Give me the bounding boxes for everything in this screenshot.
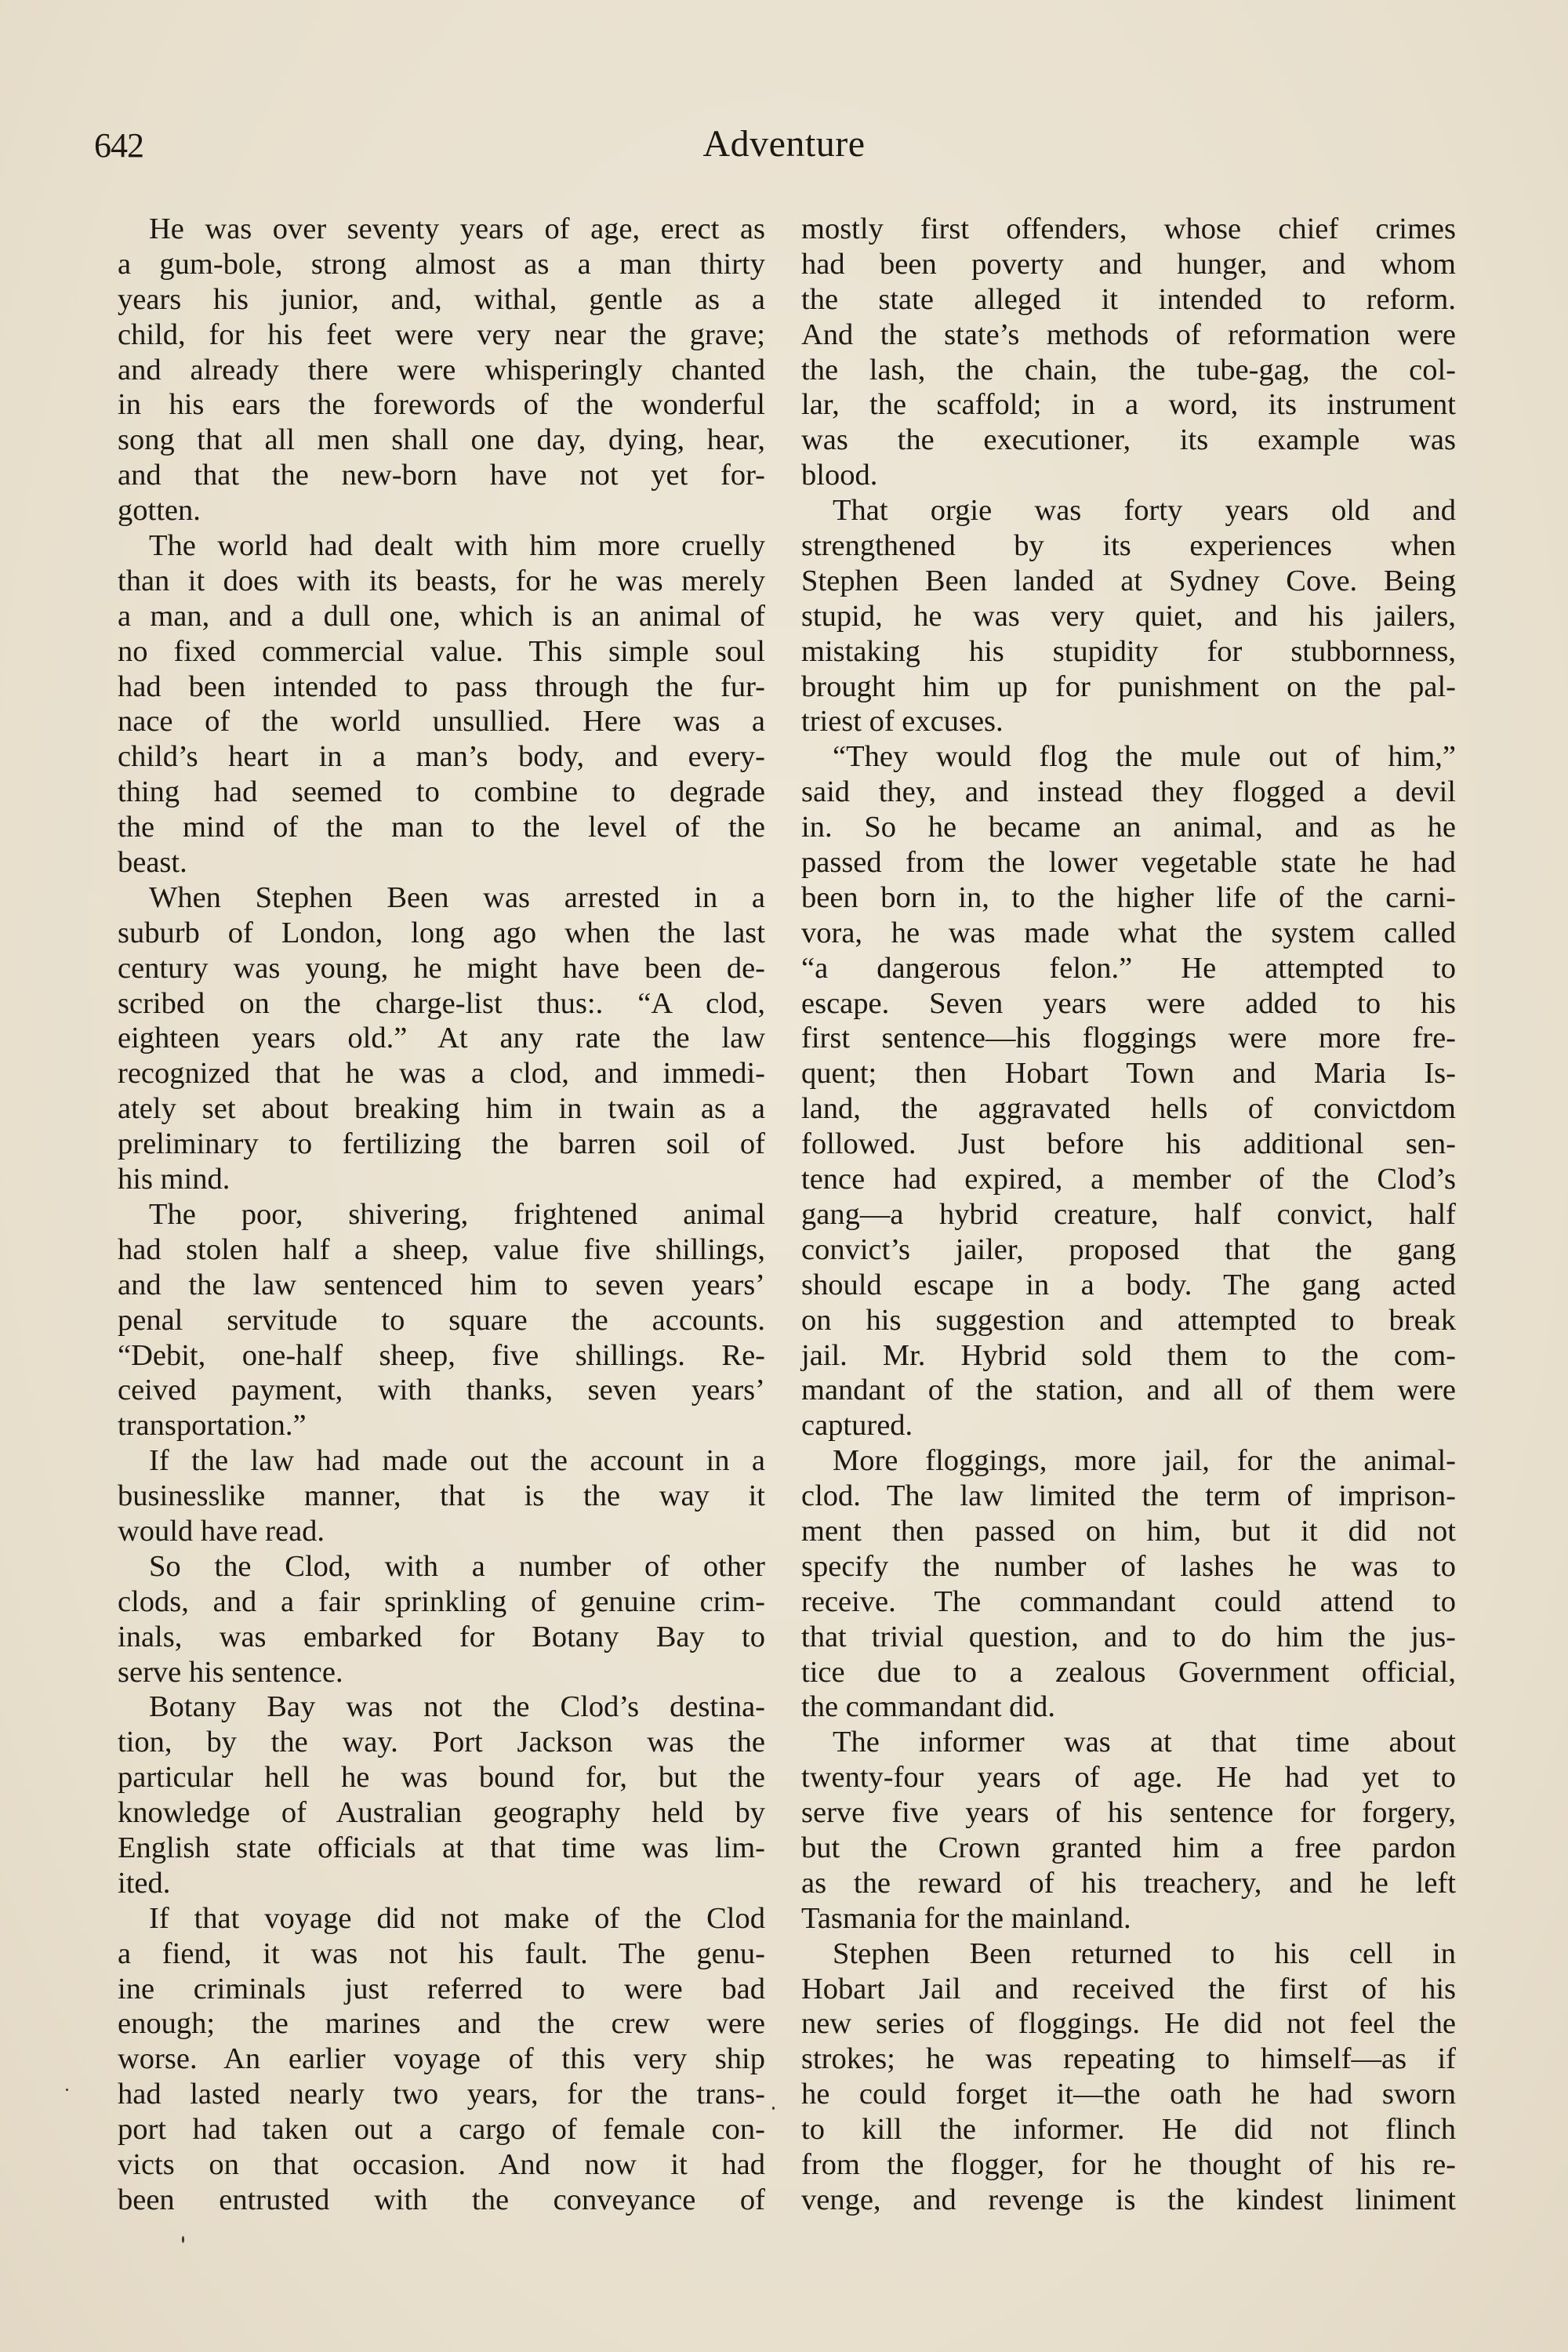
text-line: tion, by the way. Port Jackson was the <box>118 1725 765 1760</box>
text-line: eighteen years old.” At any rate the law <box>118 1021 765 1056</box>
text-line: gotten. <box>118 493 765 528</box>
text-line: ited. <box>118 1866 765 1901</box>
text-line: quent; then Hobart Town and Maria Is- <box>801 1056 1456 1091</box>
text-line: child’s heart in a man’s body, and every… <box>118 739 765 775</box>
text-line: mistaking his stupidity for stubbornness… <box>801 634 1456 670</box>
text-line: convict’s jailer, proposed that the gang <box>801 1232 1456 1268</box>
text-line: the state alleged it intended to reform. <box>801 282 1456 318</box>
text-line: followed. Just before his additional sen… <box>801 1127 1456 1162</box>
text-line: beast. <box>118 845 765 880</box>
text-line: had been intended to pass through the fu… <box>118 670 765 705</box>
text-line: had been poverty and hunger, and whom <box>801 247 1456 282</box>
text-line: the mind of the man to the level of the <box>118 810 765 845</box>
text-line: said they, and instead they flogged a de… <box>801 775 1456 810</box>
text-line: ine criminals just referred to were bad <box>118 1972 765 2007</box>
text-line: years his junior, and, withal, gentle as… <box>118 282 765 318</box>
text-line: “Debit, one-half sheep, five shillings. … <box>118 1338 765 1374</box>
text-line: That orgie was forty years old and <box>801 493 1456 528</box>
text-line: When Stephen Been was arrested in a <box>118 880 765 916</box>
text-line: clod. The law limited the term of impris… <box>801 1479 1456 1514</box>
running-title: Adventure <box>0 122 1568 165</box>
text-line: triest of excuses. <box>801 704 1456 739</box>
text-line: a gum-bole, strong almost as a man thirt… <box>118 247 765 282</box>
text-line: businesslike manner, that is the way it <box>118 1479 765 1514</box>
text-line: that trivial question, and to do him the… <box>801 1620 1456 1655</box>
text-line: Stephen Been returned to his cell in <box>801 1936 1456 1972</box>
text-line: first sentence—his floggings were more f… <box>801 1021 1456 1056</box>
text-line: tice due to a zealous Government officia… <box>801 1655 1456 1690</box>
text-line: strengthened by its experiences when <box>801 528 1456 564</box>
text-line: a man, and a dull one, which is an anima… <box>118 599 765 634</box>
text-line: had lasted nearly two years, for the tra… <box>118 2077 765 2112</box>
text-line: port had taken out a cargo of female con… <box>118 2112 765 2147</box>
print-speck <box>182 2236 184 2243</box>
text-line: “a dangerous felon.” He attempted to <box>801 951 1456 986</box>
right-column: mostly first offenders, whose chief crim… <box>801 212 1456 2218</box>
text-line: knowledge of Australian geography held b… <box>118 1795 765 1831</box>
text-line: nace of the world unsullied. Here was a <box>118 704 765 739</box>
text-line: century was young, he might have been de… <box>118 951 765 986</box>
text-line: land, the aggravated hells of convictdom <box>801 1091 1456 1127</box>
text-line: suburb of London, long ago when the last <box>118 916 765 951</box>
text-line: no fixed commercial value. This simple s… <box>118 634 765 670</box>
text-line: in. So he became an animal, and as he <box>801 810 1456 845</box>
text-line: passed from the lower vegetable state he… <box>801 845 1456 880</box>
text-line: and that the new-born have not yet for- <box>118 458 765 493</box>
text-line: gang—a hybrid creature, half convict, ha… <box>801 1197 1456 1232</box>
text-line: English state officials at that time was… <box>118 1831 765 1866</box>
text-line: ately set about breaking him in twain as… <box>118 1091 765 1127</box>
text-line: scribed on the charge-list thus:. “A clo… <box>118 986 765 1022</box>
print-speck <box>66 2089 68 2091</box>
text-line: been entrusted with the conveyance of <box>118 2183 765 2218</box>
text-line: victs on that occasion. And now it had <box>118 2147 765 2183</box>
text-line: clods, and a fair sprinkling of genuine … <box>118 1584 765 1620</box>
text-line: penal servitude to square the accounts. <box>118 1303 765 1338</box>
text-line: The informer was at that time about <box>801 1725 1456 1760</box>
text-line: than it does with its beasts, for he was… <box>118 564 765 599</box>
text-line: stupid, he was very quiet, and his jaile… <box>801 599 1456 634</box>
text-line: the commandant did. <box>801 1690 1456 1725</box>
text-line: new series of floggings. He did not feel… <box>801 2006 1456 2042</box>
text-line: as the reward of his treachery, and he l… <box>801 1866 1456 1901</box>
text-line: The poor, shivering, frightened animal <box>118 1197 765 1232</box>
text-line: enough; the marines and the crew were <box>118 2006 765 2042</box>
text-line: and already there were whisperingly chan… <box>118 353 765 388</box>
text-line: mostly first offenders, whose chief crim… <box>801 212 1456 247</box>
text-line: in his ears the forewords of the wonderf… <box>118 387 765 423</box>
text-line: serve five years of his sentence for for… <box>801 1795 1456 1831</box>
text-line: mandant of the station, and all of them … <box>801 1373 1456 1408</box>
text-line: should escape in a body. The gang acted <box>801 1268 1456 1303</box>
text-line: the lash, the chain, the tube-gag, the c… <box>801 353 1456 388</box>
text-line: on his suggestion and attempted to break <box>801 1303 1456 1338</box>
text-line: lar, the scaffold; in a word, its instru… <box>801 387 1456 423</box>
text-line: receive. The commandant could attend to <box>801 1584 1456 1620</box>
text-line: More floggings, more jail, for the anima… <box>801 1443 1456 1479</box>
text-line: venge, and revenge is the kindest linime… <box>801 2183 1456 2218</box>
text-line: Botany Bay was not the Clod’s destina- <box>118 1690 765 1725</box>
text-line: recognized that he was a clod, and immed… <box>118 1056 765 1091</box>
text-line: brought him up for punishment on the pal… <box>801 670 1456 705</box>
text-line: specify the number of lashes he was to <box>801 1549 1456 1584</box>
text-line: escape. Seven years were added to his <box>801 986 1456 1022</box>
text-line: twenty-four years of age. He had yet to <box>801 1760 1456 1795</box>
text-line: would have read. <box>118 1514 765 1549</box>
text-line: vora, he was made what the system called <box>801 916 1456 951</box>
left-column: He was over seventy years of age, erect … <box>118 212 765 2218</box>
text-line: and the law sentenced him to seven years… <box>118 1268 765 1303</box>
text-line: had stolen half a sheep, value five shil… <box>118 1232 765 1268</box>
text-line: but the Crown granted him a free pardon <box>801 1831 1456 1866</box>
text-line: he could forget it—the oath he had sworn <box>801 2077 1456 2112</box>
text-line: song that all men shall one day, dying, … <box>118 423 765 458</box>
text-line: transportation.” <box>118 1408 765 1443</box>
text-line: serve his sentence. <box>118 1655 765 1690</box>
text-line: preliminary to fertilizing the barren so… <box>118 1127 765 1162</box>
text-line: blood. <box>801 458 1456 493</box>
text-line: ment then passed on him, but it did not <box>801 1514 1456 1549</box>
text-line: a fiend, it was not his fault. The genu- <box>118 1936 765 1972</box>
text-line: “They would flog the mule out of him,” <box>801 739 1456 775</box>
text-line: Stephen Been landed at Sydney Cove. Bein… <box>801 564 1456 599</box>
text-line: And the state’s methods of reformation w… <box>801 318 1456 353</box>
text-line: ceived payment, with thanks, seven years… <box>118 1373 765 1408</box>
text-line: strokes; he was repeating to himself—as … <box>801 2042 1456 2077</box>
text-line: tence had expired, a member of the Clod’… <box>801 1162 1456 1197</box>
text-line: his mind. <box>118 1162 765 1197</box>
text-line: captured. <box>801 1408 1456 1443</box>
text-line: from the flogger, for he thought of his … <box>801 2147 1456 2183</box>
text-line: The world had dealt with him more cruell… <box>118 528 765 564</box>
text-line: If that voyage did not make of the Clod <box>118 1901 765 1936</box>
print-speck <box>772 2107 775 2110</box>
text-line: Hobart Jail and received the first of hi… <box>801 1972 1456 2007</box>
text-line: So the Clod, with a number of other <box>118 1549 765 1584</box>
text-line: He was over seventy years of age, erect … <box>118 212 765 247</box>
text-line: inals, was embarked for Botany Bay to <box>118 1620 765 1655</box>
text-line: jail. Mr. Hybrid sold them to the com- <box>801 1338 1456 1374</box>
text-line: been born in, to the higher life of the … <box>801 880 1456 916</box>
text-line: particular hell he was bound for, but th… <box>118 1760 765 1795</box>
text-line: worse. An earlier voyage of this very sh… <box>118 2042 765 2077</box>
text-line: Tasmania for the mainland. <box>801 1901 1456 1936</box>
text-line: If the law had made out the account in a <box>118 1443 765 1479</box>
text-line: was the executioner, its example was <box>801 423 1456 458</box>
text-line: child, for his feet were very near the g… <box>118 318 765 353</box>
text-line: to kill the informer. He did not flinch <box>801 2112 1456 2147</box>
text-line: thing had seemed to combine to degrade <box>118 775 765 810</box>
